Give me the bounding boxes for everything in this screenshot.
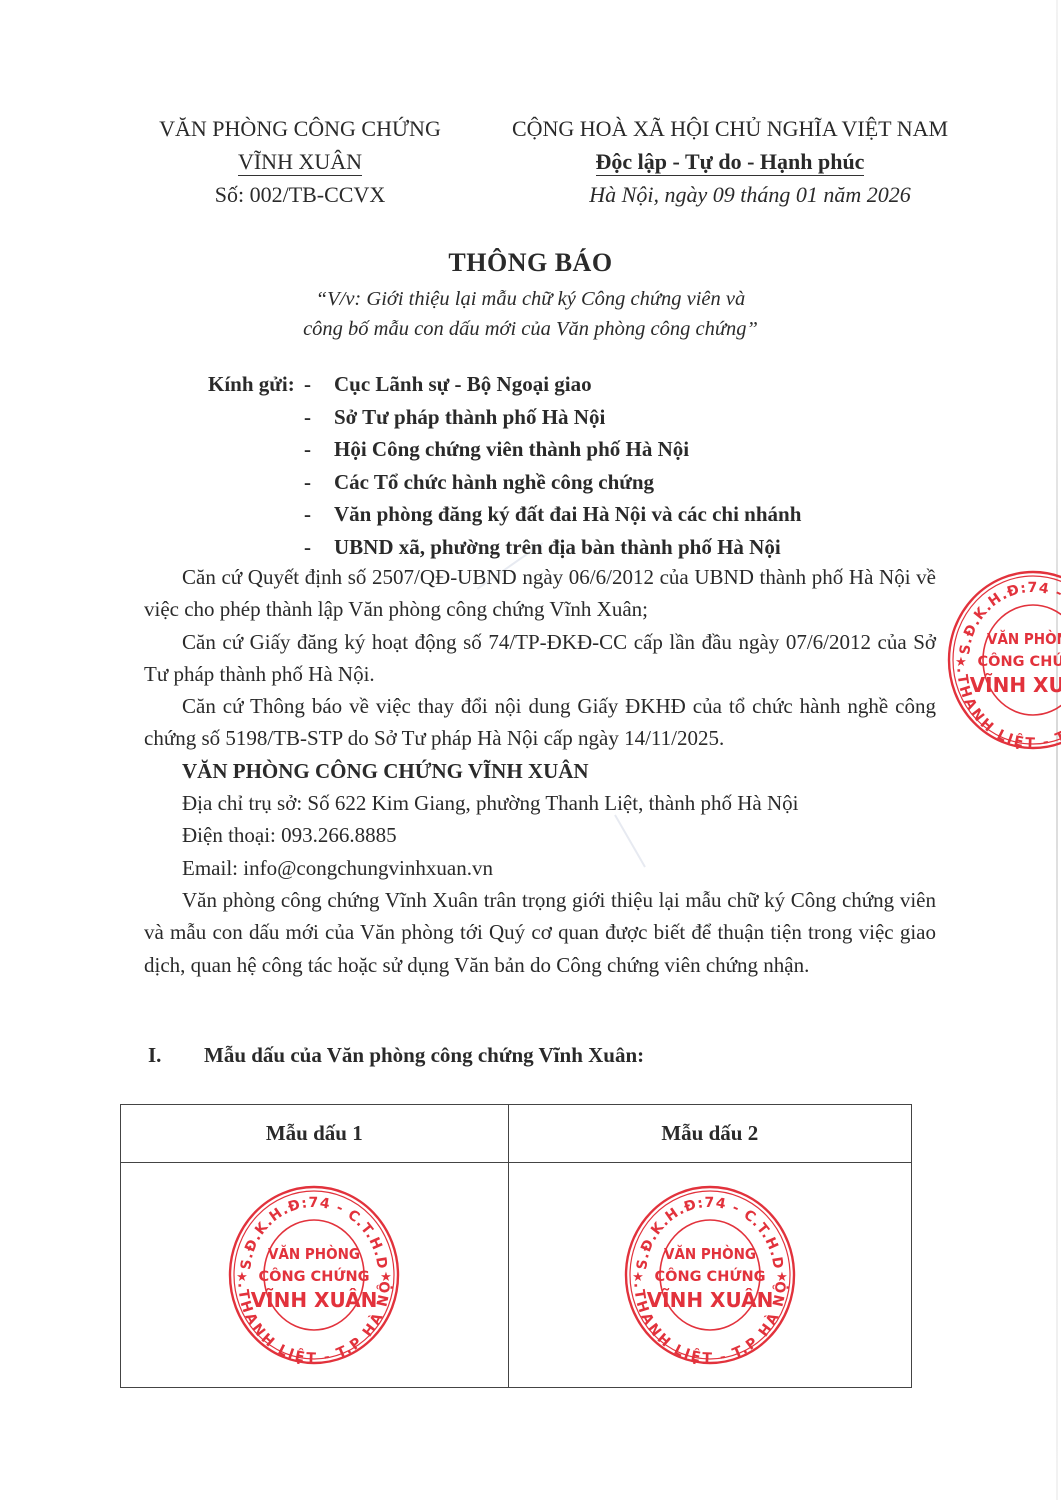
list-dash: - [304, 368, 334, 401]
national-heading-block: CỘNG HOÀ XÃ HỘI CHỦ NGHĨA VIỆT NAM Độc l… [470, 112, 990, 211]
issuer-name: VĂN PHÒNG CÔNG CHỨNG [120, 112, 480, 145]
svg-text:★: ★ [776, 1270, 788, 1285]
place-date: Hà Nội, ngày 09 tháng 01 năm 2026 [470, 178, 990, 211]
svg-text:★: ★ [380, 1270, 392, 1285]
official-seal-icon: S.Đ.K.H.Đ:74 - C.T.H.D P.THANH LIỆT - T.… [509, 1183, 911, 1367]
column-header: Mẫu dấu 2 [508, 1105, 911, 1163]
intro-paragraph: Văn phòng công chứng Vĩnh Xuân trân trọn… [144, 884, 936, 981]
office-name: VĂN PHÒNG CÔNG CHỨNG VĨNH XUÂN [144, 755, 936, 787]
svg-text:VĂN PHÒNG: VĂN PHÒNG [268, 1244, 360, 1263]
recipient-item: Văn phòng đăng ký đất đai Hà Nội và các … [334, 502, 801, 526]
list-dash: - [304, 531, 334, 564]
section-title: Mẫu dấu của Văn phòng công chứng Vĩnh Xu… [204, 1043, 644, 1067]
recipients-list: Kính gửi:-Cục Lãnh sự - Bộ Ngoại giao -S… [208, 368, 801, 563]
column-header: Mẫu dấu 1 [121, 1105, 509, 1163]
svg-text:VĨNH XUÂN: VĨNH XUÂN [970, 673, 1061, 697]
svg-text:VĂN PHÒNG: VĂN PHÒNG [664, 1244, 756, 1263]
list-dash: - [304, 466, 334, 499]
svg-text:VĨNH XUÂN: VĨNH XUÂN [646, 1288, 773, 1312]
issuer-name-line2: VĨNH XUÂN [238, 149, 362, 176]
section-1-heading: I.Mẫu dấu của Văn phòng công chứng Vĩnh … [148, 1043, 644, 1068]
greeting-label: Kính gửi: [208, 368, 304, 401]
svg-text:CÔNG CHỨNG: CÔNG CHỨNG [978, 652, 1061, 670]
svg-text:CÔNG CHỨNG: CÔNG CHỨNG [654, 1267, 765, 1285]
recipient-item: Hội Công chứng viên thành phố Hà Nội [334, 437, 689, 461]
official-seal-icon: S.Đ.K.H.Đ:74 - C.T.H.D P.THANH LIỆT - T.… [121, 1183, 508, 1367]
list-dash: - [304, 433, 334, 466]
stamp-cell-1: S.Đ.K.H.Đ:74 - C.T.H.D P.THANH LIỆT - T.… [121, 1163, 509, 1388]
recipient-item: UBND xã, phường trên địa bàn thành phố H… [334, 535, 781, 559]
svg-text:★: ★ [236, 1270, 248, 1285]
svg-text:CÔNG CHỨNG: CÔNG CHỨNG [259, 1267, 370, 1285]
office-email: Email: info@congchungvinhxuan.vn [144, 852, 936, 884]
svg-text:VĂN PHÒNG: VĂN PHÒNG [987, 629, 1061, 648]
national-title: CỘNG HOÀ XÃ HỘI CHỦ NGHĨA VIỆT NAM [470, 112, 990, 145]
section-number: I. [148, 1043, 204, 1068]
recipient-item: Sở Tư pháp thành phố Hà Nội [334, 405, 605, 429]
list-dash: - [304, 401, 334, 434]
stamp-cell-2: S.Đ.K.H.Đ:74 - C.T.H.D P.THANH LIỆT - T.… [508, 1163, 911, 1388]
office-address: Địa chỉ trụ sở: Số 622 Kim Giang, phường… [144, 787, 936, 819]
stamp-samples-table: Mẫu dấu 1 Mẫu dấu 2 S.Đ.K.H.Đ:74 - C.T.H… [120, 1104, 912, 1388]
subject-line-1: “V/v: Giới thiệu lại mẫu chữ ký Công chứ… [0, 284, 1061, 314]
issuer-block: VĂN PHÒNG CÔNG CHỨNG VĨNH XUÂN Số: 002/T… [120, 112, 480, 211]
list-dash: - [304, 498, 334, 531]
national-motto: Độc lập - Tự do - Hạnh phúc [596, 149, 865, 176]
document-subject: “V/v: Giới thiệu lại mẫu chữ ký Công chứ… [0, 284, 1061, 344]
office-phone: Điện thoại: 093.266.8885 [144, 819, 936, 851]
legal-basis-paragraph: Căn cứ Giấy đăng ký hoạt động số 74/TP-Đ… [144, 626, 936, 691]
official-seal-icon: S.Đ.K.H.Đ:74 - C.T.H.D P.THANH LIỆT - T.… [945, 568, 1061, 752]
svg-text:VĨNH XUÂN: VĨNH XUÂN [251, 1288, 378, 1312]
recipient-item: Các Tổ chức hành nghề công chứng [334, 470, 654, 494]
svg-text:★: ★ [632, 1270, 644, 1285]
document-number: Số: 002/TB-CCVX [120, 178, 480, 211]
document-title: THÔNG BÁO [0, 248, 1061, 278]
subject-line-2: công bố mẫu con dấu mới của Văn phòng cô… [0, 314, 1061, 344]
svg-text:★: ★ [955, 655, 967, 670]
legal-basis-paragraph: Căn cứ Quyết định số 2507/QĐ-UBND ngày 0… [144, 561, 936, 626]
legal-basis-paragraph: Căn cứ Thông báo về việc thay đổi nội du… [144, 690, 936, 755]
body-text: Căn cứ Quyết định số 2507/QĐ-UBND ngày 0… [144, 561, 936, 981]
recipient-item: Cục Lãnh sự - Bộ Ngoại giao [334, 372, 592, 396]
partial-seal-icon: S.Đ.K.H.Đ:74 - C.T.H.D P.THANH LIỆT - T.… [945, 568, 1061, 758]
